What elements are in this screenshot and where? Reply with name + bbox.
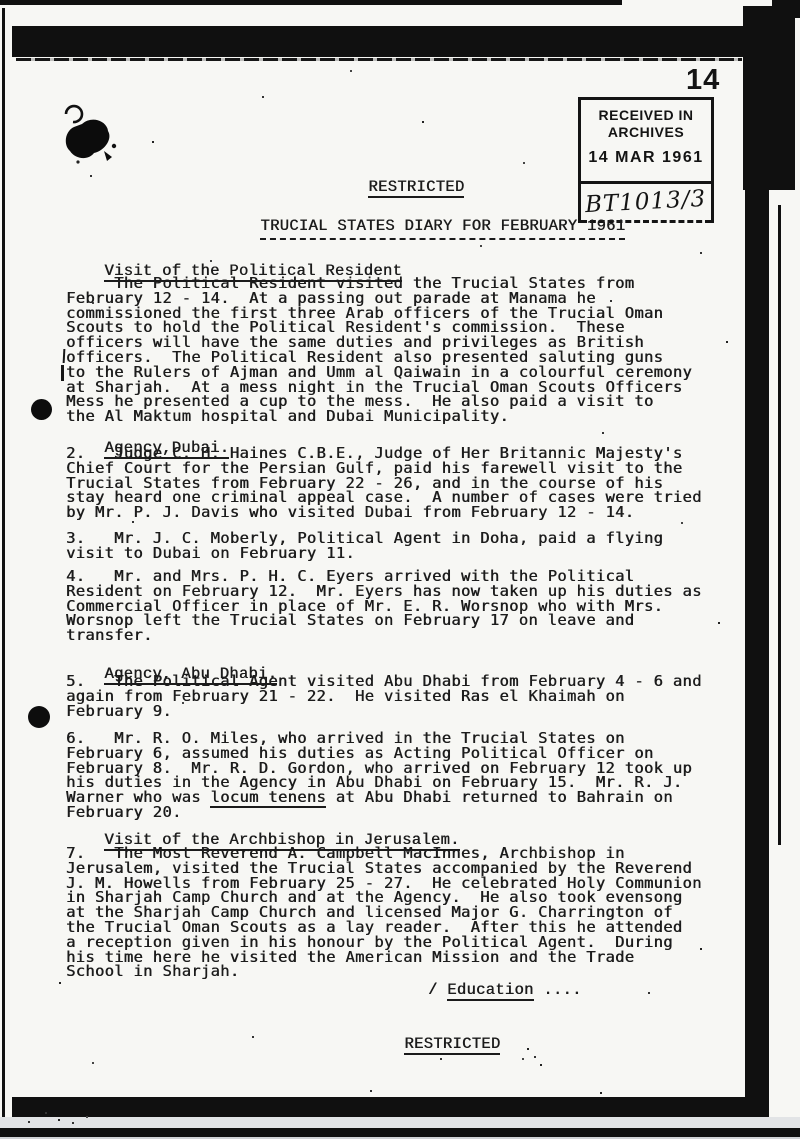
scan-border-right-bar <box>745 190 769 1117</box>
classification-footer: RESTRICTED <box>366 1022 500 1069</box>
paragraph-2-judge-haines: 2. Judge C. H. Haines C.B.E., Judge of H… <box>66 446 702 520</box>
paragraph-7-archbishop: 7. The Most Reverend A. Campbell MacInne… <box>66 846 702 979</box>
classification-header-text: RESTRICTED <box>368 180 464 198</box>
scan-border-top-sliver <box>0 0 622 5</box>
stamp-text-line1: RECEIVED IN <box>581 107 711 124</box>
underlined-locum-tenens: locum tenens <box>210 788 326 808</box>
document-title-text: TRUCIAL STATES DIARY FOR FEBRUARY 1961 <box>260 219 625 240</box>
continuation-slash: / <box>428 981 447 999</box>
ink-blot <box>52 100 122 180</box>
hole-punch-mark <box>28 706 50 728</box>
scan-border-left-line <box>2 8 5 1139</box>
margin-stroke-mark <box>61 365 64 381</box>
margin-stroke-mark <box>63 349 66 363</box>
scan-border-bottom-bar <box>12 1097 769 1117</box>
stamp-upper-box: RECEIVED IN ARCHIVES 14 MAR 1961 <box>581 100 711 181</box>
scan-border-top-bar <box>12 26 745 57</box>
paragraph-political-resident: The Political Resident visited the Truci… <box>66 276 692 424</box>
paragraph-4-eyers: 4. Mr. and Mrs. P. H. C. Eyers arrived w… <box>66 569 702 643</box>
stamp-date: 14 MAR 1961 <box>581 149 711 167</box>
scan-border-right-block <box>743 6 795 190</box>
hole-punch-mark <box>31 399 52 420</box>
classification-footer-text: RESTRICTED <box>404 1037 500 1055</box>
paragraph-6-miles-gordon-warner: 6. Mr. R. O. Miles, who arrived in the T… <box>66 731 692 820</box>
scan-noise-speckles <box>0 0 2 2</box>
scan-border-bottom-strip <box>0 1128 800 1137</box>
scan-border-top-dotted-line <box>16 58 742 61</box>
scan-bottom-gray-band <box>0 1117 800 1128</box>
scanned-document-page: 14 RECEIVED IN ARCHIVES 14 MAR 1961 BT10… <box>0 0 800 1139</box>
continuation-word: Education <box>447 981 533 1001</box>
continuation-dots: .... <box>534 981 582 999</box>
scan-border-right-thin-line <box>778 205 781 845</box>
continuation-line: / Education .... <box>428 983 582 998</box>
paragraph-3-moberly: 3. Mr. J. C. Moberly, Political Agent in… <box>66 531 663 561</box>
stamp-text-line2: ARCHIVES <box>581 124 711 141</box>
paragraph-5-political-agent: 5. The Political Agent visited Abu Dhabi… <box>66 674 702 718</box>
document-title: TRUCIAL STATES DIARY FOR FEBRUARY 1961 <box>222 204 625 254</box>
page-number: 14 <box>686 64 720 97</box>
